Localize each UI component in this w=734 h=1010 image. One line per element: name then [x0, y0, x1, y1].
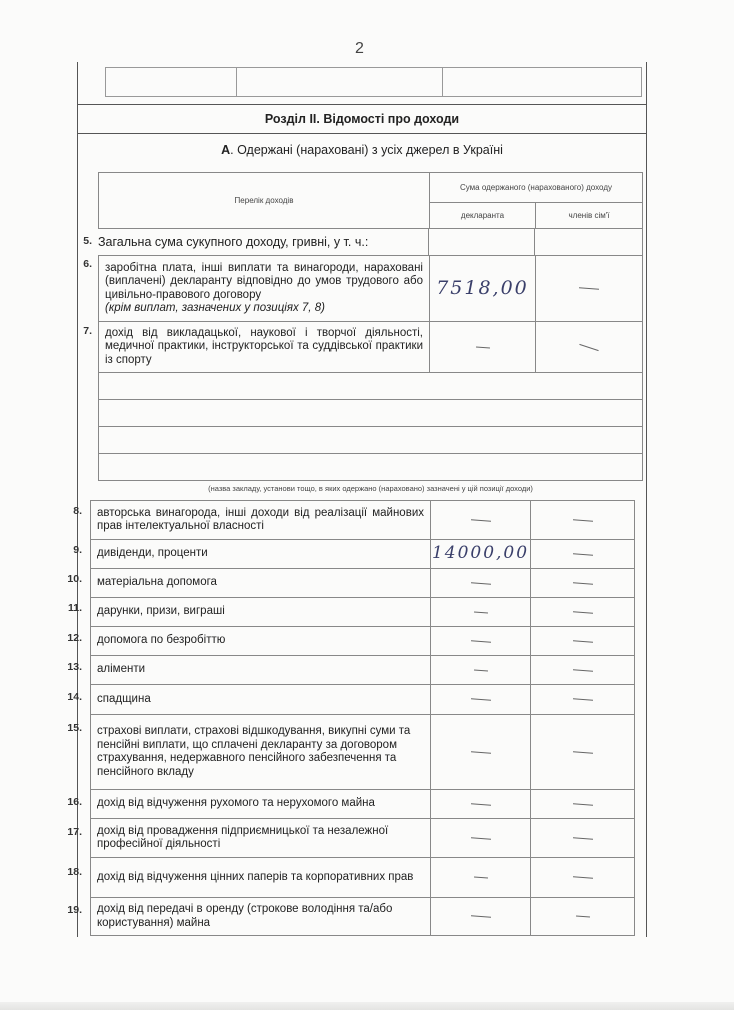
row-number: 6. [70, 258, 92, 270]
table-row: дохід від передачі в оренду (строкове во… [90, 898, 635, 936]
family-value-field[interactable] [531, 598, 634, 626]
row-description: авторська винагорода, інші доходи від ре… [91, 501, 431, 539]
row-number: 7. [70, 325, 92, 337]
family-value-field[interactable] [531, 819, 634, 857]
row-description: Загальна сума сукупного доходу, гривні, … [98, 229, 429, 255]
institution-name-lines[interactable] [98, 373, 643, 481]
dash-mark [470, 803, 490, 805]
declarant-value-field[interactable]: 7518,00 [430, 256, 536, 321]
declarant-value-field[interactable] [431, 898, 531, 935]
row-number: 9. [60, 544, 82, 556]
row-number: 5. [70, 235, 92, 247]
family-value-field[interactable] [531, 656, 634, 684]
row-description: спадщина [91, 685, 431, 714]
row-number: 13. [60, 661, 82, 673]
row-description-note: (крім виплат, зазначених у позиціях 7, 8… [105, 302, 325, 314]
row-number: 11. [60, 602, 82, 614]
dash-mark [572, 751, 592, 753]
table-row: дохід від відчуження рухомого та нерухом… [90, 790, 635, 819]
row-description: заробітна плата, інші виплати та винагор… [99, 256, 430, 321]
family-value-field[interactable] [531, 715, 634, 789]
subsection-title: А. Одержані (нараховані) з усіх джерел в… [77, 143, 647, 157]
declarant-value-field[interactable] [431, 501, 531, 539]
institution-note: (назва закладу, установи тощо, в яких од… [98, 484, 643, 493]
declarant-value-field[interactable] [431, 656, 531, 684]
family-value-field[interactable] [531, 685, 634, 714]
table-row: дохід від відчуження цінних паперів та к… [90, 858, 635, 898]
family-value-field[interactable] [536, 322, 642, 372]
table-row: страхові виплати, страхові відшкодування… [90, 715, 635, 790]
subsection-text: . Одержані (нараховані) з усіх джерел в … [230, 143, 503, 157]
dash-mark [572, 519, 592, 521]
dash-mark [470, 837, 490, 839]
top-table-cell [443, 68, 641, 96]
dash-mark [572, 876, 592, 878]
family-value-field[interactable] [535, 229, 642, 255]
header-income-list: Перелік доходів [99, 173, 430, 228]
dash-mark [572, 837, 592, 839]
row-description: страхові виплати, страхові відшкодування… [91, 715, 431, 789]
row-number: 17. [60, 826, 82, 838]
table-row: заробітна плата, інші виплати та винагор… [98, 255, 643, 322]
table-row: дивіденди, проценти 14000,00 [90, 540, 635, 569]
declarant-value-field[interactable] [431, 627, 531, 655]
row-number: 18. [60, 866, 82, 878]
row-description: допомога по безробіттю [91, 627, 431, 655]
dash-mark [579, 287, 599, 289]
declarant-value-field[interactable] [429, 229, 535, 255]
header-income-sum: Сума одержаного (нарахованого) доходу [430, 173, 642, 203]
page-edge-shadow [0, 1002, 734, 1010]
dash-mark [470, 698, 490, 700]
handwritten-value: 14000,00 [432, 547, 529, 561]
declarant-value-field[interactable] [431, 598, 531, 626]
declarant-value-field[interactable] [431, 569, 531, 597]
institution-line[interactable] [99, 400, 642, 427]
row-description: аліменти [91, 656, 431, 684]
declarant-value-field[interactable] [431, 790, 531, 818]
top-table-cell [237, 68, 443, 96]
declarant-value-field[interactable] [431, 858, 531, 897]
header-declarant: декларанта [430, 203, 536, 228]
dash-mark [473, 877, 487, 879]
dash-mark [470, 582, 490, 584]
declarant-value-field[interactable]: 14000,00 [431, 540, 531, 568]
family-value-field[interactable] [531, 540, 634, 568]
declarant-value-field[interactable] [431, 819, 531, 857]
table-row: авторська винагорода, інші доходи від ре… [90, 500, 635, 540]
row-description: дохід від передачі в оренду (строкове во… [91, 898, 431, 935]
family-value-field[interactable] [536, 256, 642, 321]
row-number: 8. [60, 505, 82, 517]
table-row: допомога по безробіттю [90, 627, 635, 656]
row-description: матеріальна допомога [91, 569, 431, 597]
table-row-total: Загальна сума сукупного доходу, гривні, … [98, 229, 643, 255]
handwritten-value: 7518,00 [436, 282, 529, 296]
dash-mark [572, 553, 592, 555]
institution-line[interactable] [99, 427, 642, 454]
institution-line[interactable] [99, 373, 642, 400]
row-number: 16. [60, 796, 82, 808]
subsection-letter: А [221, 143, 230, 157]
declarant-value-field[interactable] [430, 322, 536, 372]
dash-mark [470, 640, 490, 642]
dash-mark [470, 751, 490, 753]
dash-mark [473, 611, 487, 613]
family-value-field[interactable] [531, 790, 634, 818]
dash-mark [572, 611, 592, 613]
family-value-field[interactable] [531, 858, 634, 897]
dash-mark [572, 803, 592, 805]
table-row: дохід від викладацької, наукової і творч… [98, 322, 643, 373]
dash-mark [572, 669, 592, 671]
declarant-value-field[interactable] [431, 715, 531, 789]
row-number: 12. [60, 632, 82, 644]
section-title: Розділ ІІ. Відомості про доходи [77, 104, 647, 134]
row-number: 14. [60, 691, 82, 703]
dash-mark [575, 916, 589, 918]
row-description-text: заробітна плата, інші виплати та винагор… [105, 262, 423, 303]
family-value-field[interactable] [531, 627, 634, 655]
row-description: дохід від відчуження рухомого та нерухом… [91, 790, 431, 818]
row-description: дохід від викладацької, наукової і творч… [99, 322, 430, 372]
dash-mark [470, 915, 490, 917]
row-number: 10. [60, 573, 82, 585]
row-number: 19. [60, 904, 82, 916]
row-number: 15. [60, 722, 82, 734]
dash-mark [470, 519, 490, 521]
family-value-field[interactable] [531, 569, 634, 597]
row-description: дарунки, призи, виграші [91, 598, 431, 626]
declarant-value-field[interactable] [431, 685, 531, 714]
page-number: 2 [355, 40, 364, 58]
row-description: дохід від провадження підприємницької та… [91, 819, 431, 857]
table-row: дарунки, призи, виграші [90, 598, 635, 627]
dash-mark [572, 582, 592, 584]
dash-mark [579, 343, 598, 350]
family-value-field[interactable] [531, 898, 634, 935]
dash-mark [572, 698, 592, 700]
income-table-header: Перелік доходів Сума одержаного (нарахов… [98, 172, 643, 229]
previous-section-table-tail [105, 67, 642, 97]
row-description: дохід від відчуження цінних паперів та к… [91, 858, 431, 897]
dash-mark [473, 669, 487, 671]
table-row: дохід від провадження підприємницької та… [90, 819, 635, 858]
row-description: дивіденди, проценти [91, 540, 431, 568]
table-row: спадщина [90, 685, 635, 715]
dash-mark [475, 346, 489, 348]
header-family: членів сім'ї [536, 203, 642, 228]
dash-mark [572, 640, 592, 642]
top-table-cell [106, 68, 237, 96]
table-row: матеріальна допомога [90, 569, 635, 598]
family-value-field[interactable] [531, 501, 634, 539]
table-row: аліменти [90, 656, 635, 685]
institution-line[interactable] [99, 454, 642, 481]
